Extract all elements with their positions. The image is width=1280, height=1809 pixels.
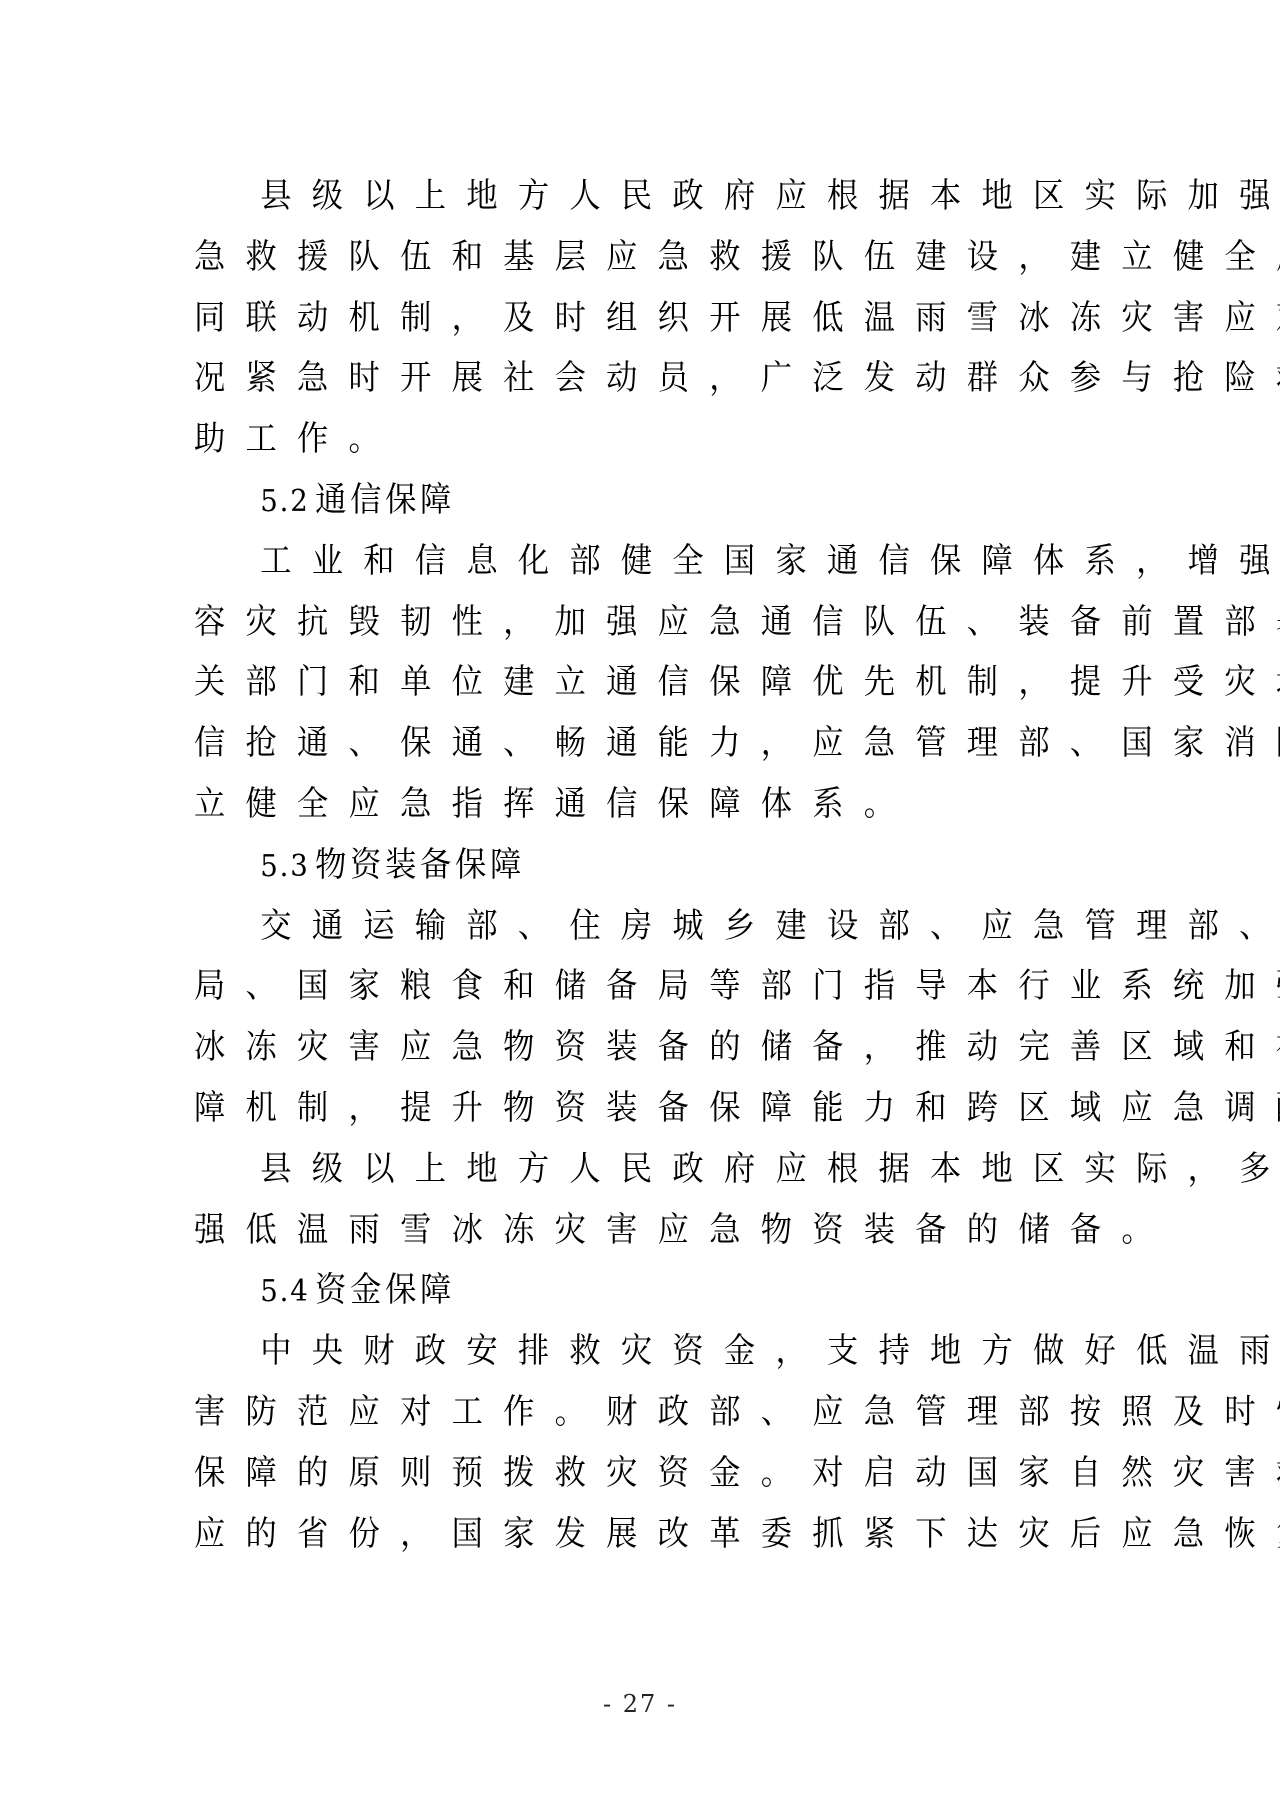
document-page: 县级以上地方人民政府应根据本地区实际加强专业应 急救援队伍和基层应急救援队伍建设… — [0, 0, 1280, 1809]
section-heading-5-4: 5.4资金保障 — [194, 1260, 1022, 1321]
section-title: 通信保障 — [315, 480, 455, 520]
paragraph-line: 强低温雨雪冰冻灾害应急物资装备的储备。 — [194, 1200, 1022, 1261]
section-title: 物资装备保障 — [315, 845, 525, 885]
page-number: - 27 - — [0, 1690, 1280, 1718]
paragraph-line: 应的省份，国家发展改革委抓紧下达灾后应急恢复中央预算 — [194, 1504, 1022, 1565]
paragraph-line: 况紧急时开展社会动员，广泛发动群众参与抢险救援救灾救 — [194, 348, 1022, 409]
paragraph-line: 同联动机制，及时组织开展低温雨雪冰冻灾害应对处置，情 — [194, 288, 1022, 349]
paragraph-line: 中央财政安排救灾资金，支持地方做好低温雨雪冰冻灾 — [194, 1321, 1022, 1382]
section-number: 5.3 — [260, 849, 309, 884]
section-heading-5-2: 5.2通信保障 — [194, 470, 1022, 531]
paragraph-line: 交通运输部、住房城乡建设部、应急管理部、国家能源 — [194, 896, 1022, 957]
document-body: 县级以上地方人民政府应根据本地区实际加强专业应 急救援队伍和基层应急救援队伍建设… — [194, 166, 1094, 1564]
paragraph-line: 县级以上地方人民政府应根据本地区实际，多种方式加 — [194, 1139, 1022, 1200]
paragraph-line: 冰冻灾害应急物资装备的储备，推动完善区域和社会协同保 — [194, 1017, 1022, 1078]
paragraph-line: 容灾抗毁韧性，加强应急通信队伍、装备前置部署，会同有 — [194, 592, 1022, 653]
paragraph-line: 关部门和单位建立通信保障优先机制，提升受灾地区应急通 — [194, 652, 1022, 713]
section-heading-5-3: 5.3物资装备保障 — [194, 835, 1022, 896]
paragraph-line: 保障的原则预拨救灾资金。对启动国家自然灾害救灾应急响 — [194, 1443, 1022, 1504]
paragraph-line: 信抢通、保通、畅通能力，应急管理部、国家消防救援局建 — [194, 713, 1022, 774]
paragraph-line: 害防范应对工作。财政部、应急管理部按照及时快速、充分 — [194, 1382, 1022, 1443]
section-number: 5.4 — [260, 1274, 309, 1309]
paragraph-line: 工业和信息化部健全国家通信保障体系，增强通信网络 — [194, 531, 1022, 592]
paragraph-line: 局、国家粮食和储备局等部门指导本行业系统加强低温雨雪 — [194, 956, 1022, 1017]
paragraph-line: 急救援队伍和基层应急救援队伍建设，建立健全应急力量协 — [194, 227, 1022, 288]
paragraph-line: 立健全应急指挥通信保障体系。 — [194, 774, 1022, 835]
paragraph-line: 助工作。 — [194, 409, 1022, 470]
section-title: 资金保障 — [315, 1270, 455, 1310]
paragraph-line: 障机制，提升物资装备保障能力和跨区域应急调配能力。 — [194, 1078, 1022, 1139]
paragraph-line: 县级以上地方人民政府应根据本地区实际加强专业应 — [194, 166, 1022, 227]
section-number: 5.2 — [260, 484, 309, 519]
